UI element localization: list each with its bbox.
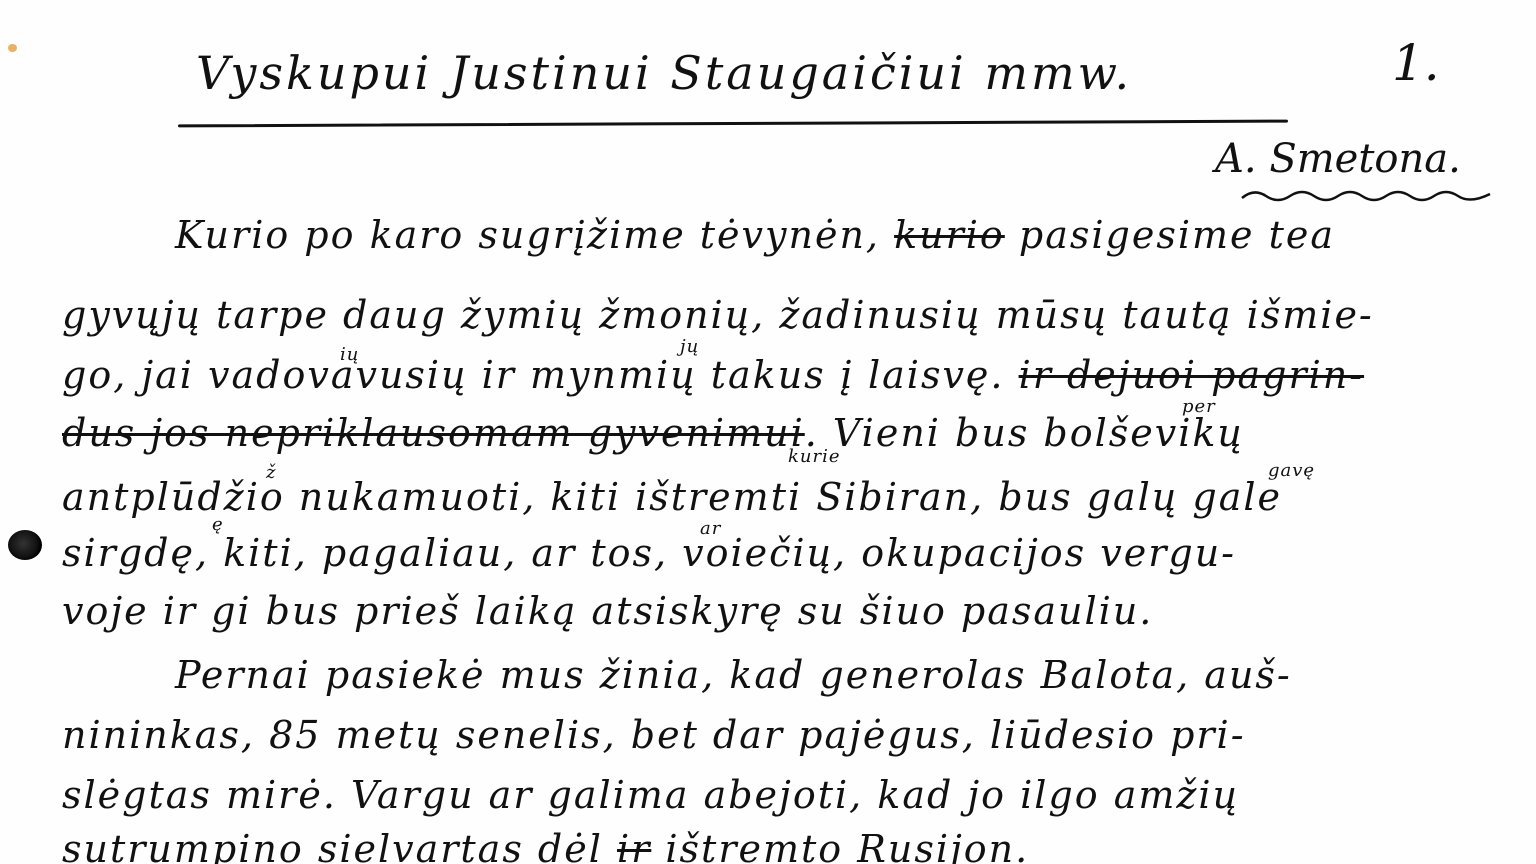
line-text: sirgdę, kiti, pagaliau, ar tos, xyxy=(62,531,668,575)
line-text: sutrumpino sielvartas dėl xyxy=(62,827,603,864)
struck-word: kurio xyxy=(894,213,1005,257)
text-line-3: go, jai vadovavusių ir mynmių takus į la… xyxy=(62,356,1364,394)
line-text: antplūdžio nukamuoti, kiti ištremti Sibi… xyxy=(62,475,1282,519)
line-text: nininkas, 85 metų senelis, bet dar pajėg… xyxy=(62,713,1246,757)
page-number: 1. xyxy=(1392,34,1440,92)
line-text: Pernai pasiekė mus žinia, kad generolas … xyxy=(175,653,1292,697)
line-continuation: ištremto Rusijon. xyxy=(665,827,1029,864)
text-line-2: gyvųjų tarpe daug žymių žmonių, žadinusi… xyxy=(62,296,1374,334)
text-line-5: antplūdžio nukamuoti, kiti ištremti Sibi… xyxy=(62,478,1282,516)
text-line-8: Pernai pasiekė mus žinia, kad generolas … xyxy=(175,656,1292,694)
line-text: gyvųjų tarpe daug žymių žmonių, žadinusi… xyxy=(62,293,1374,337)
paper-stain xyxy=(8,44,17,52)
text-line-7: voje ir gi bus prieš laiką atsiskyrę su … xyxy=(62,592,1153,630)
struck-phrase: ir dejuoi pagrin- xyxy=(1019,353,1365,397)
text-line-4: dus jos nepriklausomam gyvenimui. Vieni … xyxy=(62,414,1244,452)
title-underline xyxy=(178,120,1288,128)
line-text: slėgtas mirė. Vargu ar galima abejoti, k… xyxy=(62,773,1239,817)
line-continuation: pasigesime tea xyxy=(1019,213,1335,257)
insertion-mark: kurie xyxy=(788,446,841,467)
line-text: . Vieni bus bolševikų xyxy=(805,411,1244,455)
line-continuation: voiečių, okupacijos vergu- xyxy=(682,531,1236,575)
line-text: go, jai vadovavusių ir mynmių takus į la… xyxy=(62,353,1004,397)
text-line-9: nininkas, 85 metų senelis, bet dar pajėg… xyxy=(62,716,1246,754)
text-line-1: Kurio po karo sugrįžime tėvynėn, kurio p… xyxy=(175,216,1335,254)
line-text: voje ir gi bus prieš laiką atsiskyrę su … xyxy=(62,589,1153,633)
struck-phrase: dus jos nepriklausomam gyvenimui xyxy=(62,411,805,455)
document-title: Vyskupui Justinui Staugaičiui mmw. xyxy=(196,46,1132,100)
text-line-11: sutrumpino sielvartas dėl ir ištremto Ru… xyxy=(62,830,1029,864)
text-line-10: slėgtas mirė. Vargu ar galima abejoti, k… xyxy=(62,776,1239,814)
author-signature: A. Smetona. xyxy=(1215,136,1461,182)
ink-blot xyxy=(8,530,42,560)
line-text: Kurio po karo sugrįžime tėvynėn, xyxy=(175,213,880,257)
text-line-6: sirgdę, kiti, pagaliau, ar tos, voiečių,… xyxy=(62,534,1236,572)
struck-word: ir xyxy=(617,827,651,864)
signature-squiggle xyxy=(1240,186,1495,202)
manuscript-page: Vyskupui Justinui Staugaičiui mmw. 1. A.… xyxy=(0,0,1536,864)
